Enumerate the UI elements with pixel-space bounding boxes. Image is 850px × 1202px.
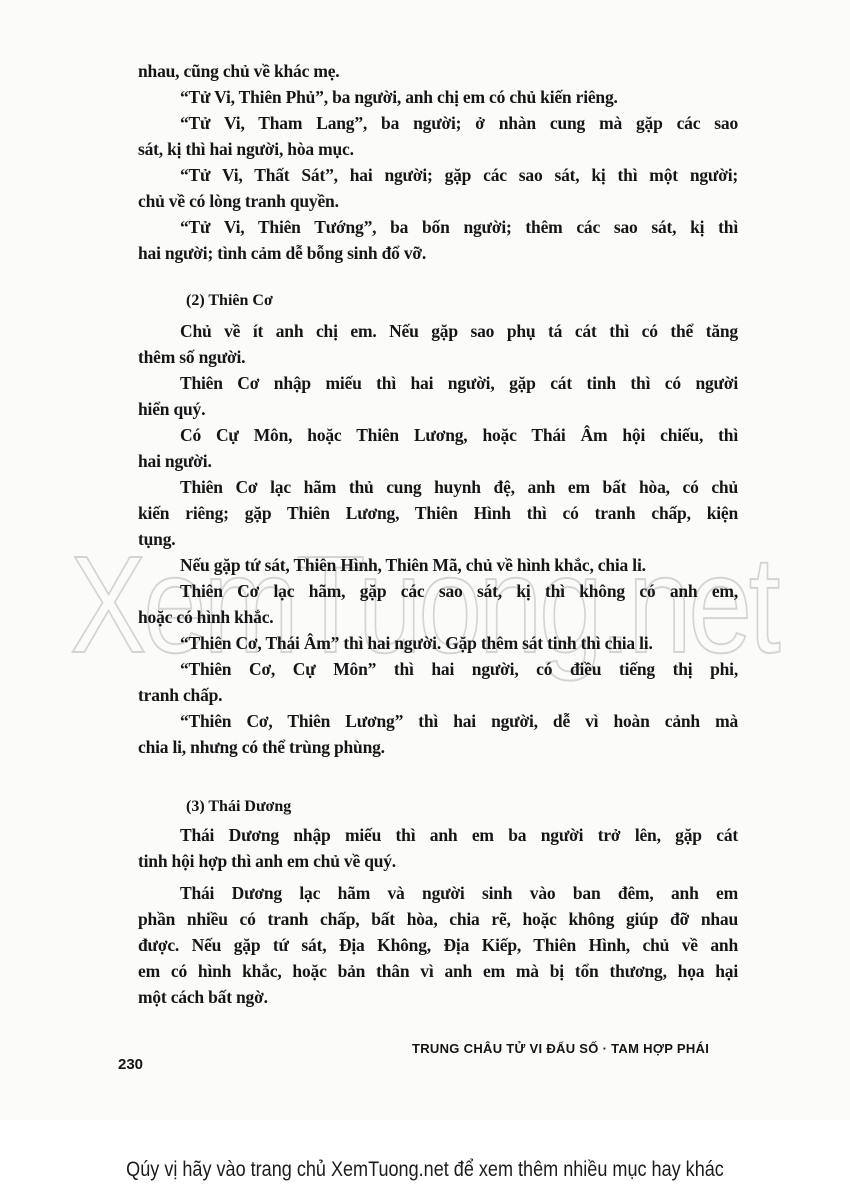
text-line: kiến riêng; gặp Thiên Lương, Thiên Hình …: [138, 502, 738, 524]
text-line: tụng.: [138, 528, 175, 550]
text-line: hiển quý.: [138, 398, 205, 420]
text-line: tinh hội hợp thì anh em chủ về quý.: [138, 850, 396, 872]
text-line: Thiên Cơ lạc hãm thủ cung huynh đệ, anh …: [180, 476, 738, 498]
text-line: Thái Dương lạc hãm và người sinh vào ban…: [180, 882, 738, 904]
text-line: tranh chấp.: [138, 684, 222, 706]
text-line: “Thiên Cơ, Thiên Lương” thì hai người, d…: [180, 710, 738, 732]
text-line: chủ về có lòng tranh quyền.: [138, 190, 339, 212]
site-banner-link[interactable]: Qúy vị hãy vào trang chủ XemTuong.net để…: [60, 1158, 791, 1182]
text-line: nhau, cũng chủ về khác mẹ.: [138, 60, 339, 82]
text-line: hai người; tình cảm dễ bỗng sinh đổ vỡ.: [138, 242, 426, 264]
text-line: Nếu gặp tứ sát, Thiên Hình, Thiên Mã, ch…: [180, 554, 646, 576]
text-line: “Tử Vi, Thất Sát”, hai người; gặp các sa…: [180, 164, 738, 186]
text-line: Chủ về ít anh chị em. Nếu gặp sao phụ tá…: [180, 320, 738, 342]
text-line: một cách bất ngờ.: [138, 986, 268, 1008]
text-line: “Tử Vi, Thiên Tướng”, ba bốn người; thêm…: [180, 216, 738, 238]
running-head: TRUNG CHÂU TỬ VI ĐẨU SỐ · TAM HỢP PHÁI: [412, 1041, 709, 1056]
scanned-book-page: XemTuong.net nhau, cũng chủ về khác mẹ.“…: [0, 0, 850, 1120]
text-line: Thái Dương nhập miếu thì anh em ba người…: [180, 824, 738, 846]
text-line: “Tử Vi, Thiên Phủ”, ba người, anh chị em…: [180, 86, 618, 108]
text-line: hai người.: [138, 450, 212, 472]
text-line: “Thiên Cơ, Thái Âm” thì hai người. Gặp t…: [180, 632, 653, 654]
text-line: phần nhiều có tranh chấp, bất hòa, chia …: [138, 908, 738, 930]
text-line: Có Cự Môn, hoặc Thiên Lương, hoặc Thái Â…: [180, 424, 738, 446]
section-heading-thai-duong: (3) Thái Dương: [186, 796, 291, 818]
text-line: được. Nếu gặp tứ sát, Địa Không, Địa Kiế…: [138, 934, 738, 956]
text-line: chia li, nhưng có thể trùng phùng.: [138, 736, 385, 758]
text-line: Thiên Cơ lạc hãm, gặp các sao sát, kị th…: [180, 580, 738, 602]
text-line: sát, kị thì hai người, hòa mục.: [138, 138, 354, 160]
text-line: “Tử Vi, Tham Lang”, ba người; ở nhàn cun…: [180, 112, 738, 134]
text-line: em có hình khắc, hoặc bản thân vì anh em…: [138, 960, 738, 982]
page-number: 230: [118, 1056, 143, 1073]
text-line: hoặc có hình khắc.: [138, 606, 273, 628]
section-heading-thien-co: (2) Thiên Cơ: [186, 290, 273, 312]
text-line: Thiên Cơ nhập miếu thì hai người, gặp cá…: [180, 372, 738, 394]
text-line: “Thiên Cơ, Cự Môn” thì hai người, có điề…: [180, 658, 738, 680]
text-line: thêm số người.: [138, 346, 245, 368]
